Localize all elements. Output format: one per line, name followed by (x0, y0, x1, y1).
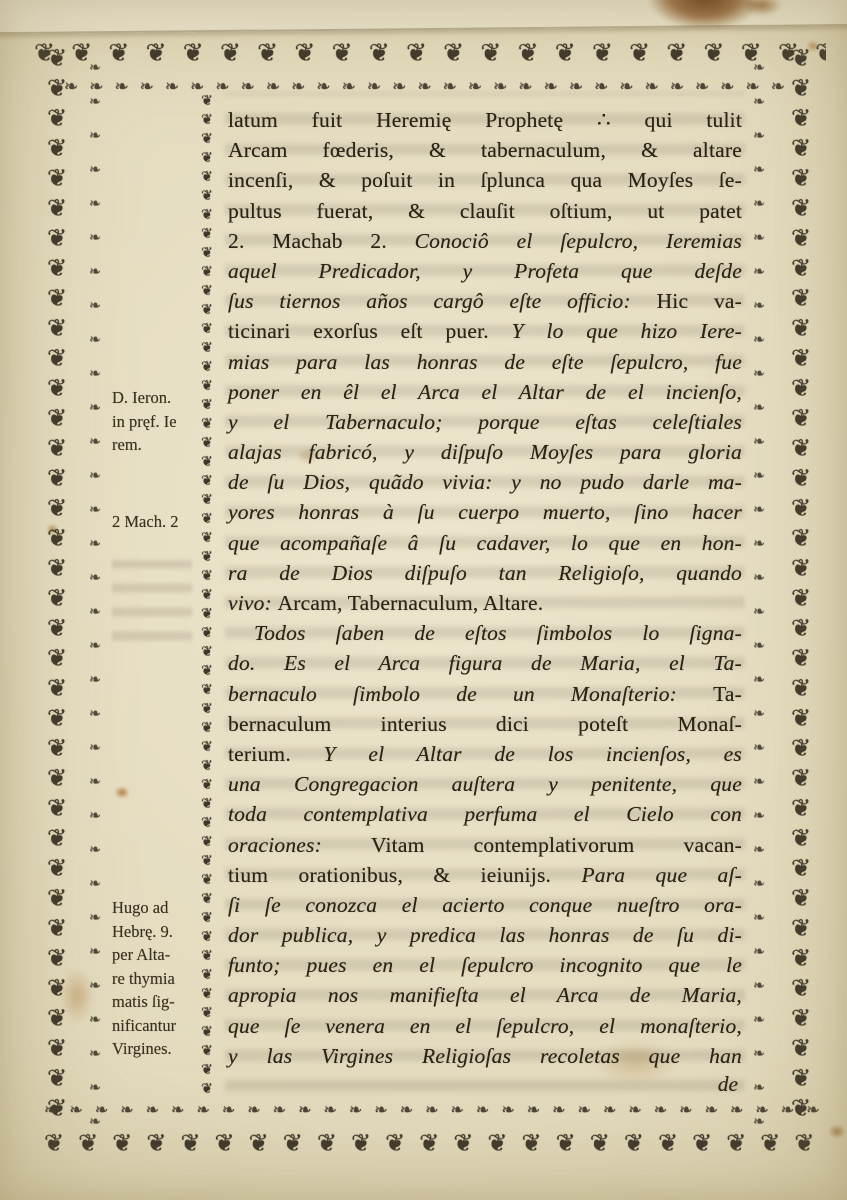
text-segment: poner en êl el Arca el Altar de el incie… (228, 380, 742, 404)
margin-separator-ornaments-icon: ❦ ❦ ❦ ❦ ❦ ❦ ❦ ❦ ❦ ❦ ❦ ❦ ❦ ❦ ❦ ❦ ❦ ❦ ❦ ❦ … (191, 92, 223, 1104)
text-segment: Hic va- (657, 289, 742, 313)
text-line: bernaculo ſimbolo de un Monaſterio: Ta- (228, 679, 742, 709)
text-line: que acompañaſe â ſu cadaver, lo que en h… (228, 528, 742, 558)
catchword: de (228, 1072, 738, 1102)
text-line: mias para las honras de eſte ſepulcro, f… (228, 347, 742, 377)
text-line: alajas fabricó, y diſpuſo Moyſes para gl… (228, 437, 742, 467)
text-line: yores honras à ſu cuerpo muerto, ſino ha… (228, 497, 742, 527)
ornamental-border-bottom: ❧❧❧❧❧❧❧❧❧❧❧❧❧❧❧❧❧❧❧❧❧❧❧❧❧❧❧❧❧❧❧❧❧ ❦ ❦ ❦ … (44, 1096, 828, 1168)
foxing-spot (114, 786, 130, 799)
text-segment: incenſi, & poſuit in ſplunca qua Moyſes … (228, 168, 742, 192)
text-segment: apropia nos manifieſta el Arca de Maria, (228, 983, 742, 1007)
fleuron-row-icon: ❦ ❦ ❦ ❦ ❦ ❦ ❦ ❦ ❦ ❦ ❦ ❦ ❦ ❦ ❦ ❦ ❦ ❦ ❦ ❦ … (34, 36, 826, 72)
text-segment: Arcam, Tabernaculum, Altare. (278, 591, 544, 615)
text-segment: Y el Altar de los incienſos, es (324, 742, 742, 766)
foxing-spot (828, 1124, 846, 1139)
text-segment: do. Es el Arca figura de Maria, el Ta- (228, 651, 742, 675)
ornamental-border-right-outer-icon: ❦ ❦ ❦ ❦ ❦ ❦ ❦ ❦ ❦ ❦ ❦ ❦ ❦ ❦ ❦ ❦ ❦ ❦ ❦ ❦ … (776, 44, 826, 1134)
text-segment: Para que aſ- (581, 863, 742, 887)
text-segment: alajas fabricó, y diſpuſo Moyſes para gl… (228, 440, 742, 464)
margin-note-line: nificantur (112, 1014, 192, 1038)
text-segment: ticinari exorſus eſt puer. (228, 319, 512, 343)
text-segment: funto; pues en el ſepulcro incognito que… (228, 953, 742, 977)
text-segment: aquel Predicador, y Profeta que deſde (228, 259, 742, 283)
book-page: ❦ ❦ ❦ ❦ ❦ ❦ ❦ ❦ ❦ ❦ ❦ ❦ ❦ ❦ ❦ ❦ ❦ ❦ ❦ ❦ … (0, 0, 847, 1200)
text-line: ticinari exorſus eſt puer. Y lo que hizo… (228, 316, 742, 346)
ornamental-border-left-inner-icon: ❧ ❧ ❧ ❧ ❧ ❧ ❧ ❧ ❧ ❧ ❧ ❧ ❧ ❧ ❧ ❧ ❧ ❧ ❧ ❧ … (80, 52, 110, 1132)
text-segment: 2. Machab 2. (228, 229, 415, 253)
text-segment: y el Tabernaculo; porque eſtas celeſtial… (228, 410, 742, 434)
text-line: aquel Predicador, y Profeta que deſde (228, 256, 742, 286)
text-segment: ra de Dios diſpuſo tan Religioſo, quando (228, 561, 742, 585)
margin-note-line: Hebrę. 9. (112, 920, 192, 944)
text-segment: dor publica, y predica las honras de ſu … (228, 923, 742, 947)
text-line: ra de Dios diſpuſo tan Religioſo, quando (228, 558, 742, 588)
text-line: dor publica, y predica las honras de ſu … (228, 920, 742, 950)
text-line: latum fuit Heremię Prophetę ∴ qui tulit (228, 105, 742, 135)
text-line: y las Virgines Religioſas recoletas que … (228, 1041, 742, 1071)
text-line: una Congregacion auſtera y penitente, qu… (228, 769, 742, 799)
text-segment: vivo: (228, 591, 278, 615)
text-line: que ſe venera en el ſepulcro, el monaſte… (228, 1011, 742, 1041)
text-segment: Todos ſaben de eſtos ſimbolos lo ſigna- (254, 621, 742, 645)
text-line: vivo: Arcam, Tabernaculum, Altare. (228, 588, 742, 618)
text-line: Todos ſaben de eſtos ſimbolos lo ſigna- (228, 618, 742, 648)
fleuron-row-icon: ❦ ❦ ❦ ❦ ❦ ❦ ❦ ❦ ❦ ❦ ❦ ❦ ❦ ❦ ❦ ❦ ❦ ❦ ❦ ❦ … (44, 1126, 828, 1162)
text-segment: ſus tiernos años cargô eſte officio: (228, 289, 657, 313)
text-segment: Vitam contemplativorum vacan- (371, 833, 742, 857)
text-segment: toda contemplativa perfuma el Cielo con (228, 802, 742, 826)
text-line: bernaculum interius dici poteſt Monaſ- (228, 709, 742, 739)
margin-note-line: Virgines. (112, 1037, 192, 1061)
ornamental-border-left-outer-icon: ❦ ❦ ❦ ❦ ❦ ❦ ❦ ❦ ❦ ❦ ❦ ❦ ❦ ❦ ❦ ❦ ❦ ❦ ❦ ❦ … (36, 44, 78, 1134)
text-segment: latum fuit Heremię Prophetę ∴ qui tulit (228, 108, 742, 132)
text-segment: pultus fuerat, & clauſit oſtium, ut pate… (228, 199, 742, 223)
text-segment: bernaculo ſimbolo de un Monaſterio: (228, 682, 713, 706)
text-segment: terium. (228, 742, 324, 766)
margin-note-line: in pręf. Ie (112, 410, 192, 434)
text-segment: ſi ſe conozca el acierto conque nueſtro … (228, 893, 742, 917)
margin-note-line: re thymia (112, 967, 192, 991)
margin-note-line: Hugo ad (112, 896, 192, 920)
text-segment: y las Virgines Religioſas recoletas que … (228, 1044, 742, 1068)
fleuron-drop-row-icon: ❧❧❧❧❧❧❧❧❧❧❧❧❧❧❧❧❧❧❧❧❧❧❧❧❧❧❧❧❧ (34, 72, 826, 102)
margin-note-line: 2 Mach. 2 (112, 510, 192, 534)
margin-note-jerome: D. Ieron.in pręf. Ierem. (112, 386, 192, 457)
text-line: de ſu Dios, quãdo vivia: y no pudo darle… (228, 467, 742, 497)
text-segment: Conociô el ſepulcro, Ieremias (415, 229, 742, 253)
text-line: poner en êl el Arca el Altar de el incie… (228, 377, 742, 407)
text-line: terium. Y el Altar de los incienſos, es (228, 739, 742, 769)
verso-bleedthrough-margin (112, 560, 192, 650)
text-line: Arcam fœderis, & tabernaculum, & altare (228, 135, 742, 165)
text-line: apropia nos manifieſta el Arca de Maria, (228, 980, 742, 1010)
text-line: incenſi, & poſuit in ſplunca qua Moyſes … (228, 165, 742, 195)
text-line: 2. Machab 2. Conociô el ſepulcro, Ieremi… (228, 226, 742, 256)
text-line: pultus fuerat, & clauſit oſtium, ut pate… (228, 196, 742, 226)
text-line: toda contemplativa perfuma el Cielo con (228, 799, 742, 829)
text-line: do. Es el Arca figura de Maria, el Ta- (228, 648, 742, 678)
margin-note-line: rem. (112, 433, 192, 457)
text-segment: Y lo que hizo Iere- (512, 319, 742, 343)
text-segment: tium orationibus, & ieiunijs. (228, 863, 581, 887)
page-edge-top (0, 0, 847, 34)
margin-note-line: matis ſig- (112, 990, 192, 1014)
ornamental-border-top: ❦ ❦ ❦ ❦ ❦ ❦ ❦ ❦ ❦ ❦ ❦ ❦ ❦ ❦ ❦ ❦ ❦ ❦ ❦ ❦ … (34, 36, 826, 106)
text-line: tium orationibus, & ieiunijs. Para que a… (228, 860, 742, 890)
text-segment: una Congregacion auſtera y penitente, qu… (228, 772, 742, 796)
ornamental-border-right-inner-icon: ❧ ❧ ❧ ❧ ❧ ❧ ❧ ❧ ❧ ❧ ❧ ❧ ❧ ❧ ❧ ❧ ❧ ❧ ❧ ❧ … (745, 52, 773, 1132)
text-line: ſi ſe conozca el acierto conque nueſtro … (228, 890, 742, 920)
text-segment: mias para las honras de eſte ſepulcro, f… (228, 350, 742, 374)
margin-note-hugo: Hugo adHebrę. 9.per Alta-re thymiamatis … (112, 896, 192, 1061)
margin-note-line: per Alta- (112, 943, 192, 967)
text-segment: que ſe venera en el ſepulcro, el monaſte… (228, 1014, 742, 1038)
margin-note-line: D. Ieron. (112, 386, 192, 410)
text-line: y el Tabernaculo; porque eſtas celeſtial… (228, 407, 742, 437)
text-segment: yores honras à ſu cuerpo muerto, ſino ha… (228, 500, 742, 524)
text-line: oraciones: Vitam contemplativorum vacan- (228, 830, 742, 860)
main-text-block: latum fuit Heremię Prophetę ∴ qui tulitA… (228, 105, 742, 1071)
text-segment: bernaculum interius dici poteſt Monaſ- (228, 712, 742, 736)
text-segment: oraciones: (228, 833, 371, 857)
text-segment: que acompañaſe â ſu cadaver, lo que en h… (228, 531, 742, 555)
text-segment: de ſu Dios, quãdo vivia: y no pudo darle… (228, 470, 742, 494)
text-line: funto; pues en el ſepulcro incognito que… (228, 950, 742, 980)
text-segment: Ta- (713, 682, 742, 706)
text-segment: Arcam fœderis, & tabernaculum, & altare (228, 138, 742, 162)
margin-note-machabees: 2 Mach. 2 (112, 510, 192, 534)
text-line: ſus tiernos años cargô eſte officio: Hic… (228, 286, 742, 316)
